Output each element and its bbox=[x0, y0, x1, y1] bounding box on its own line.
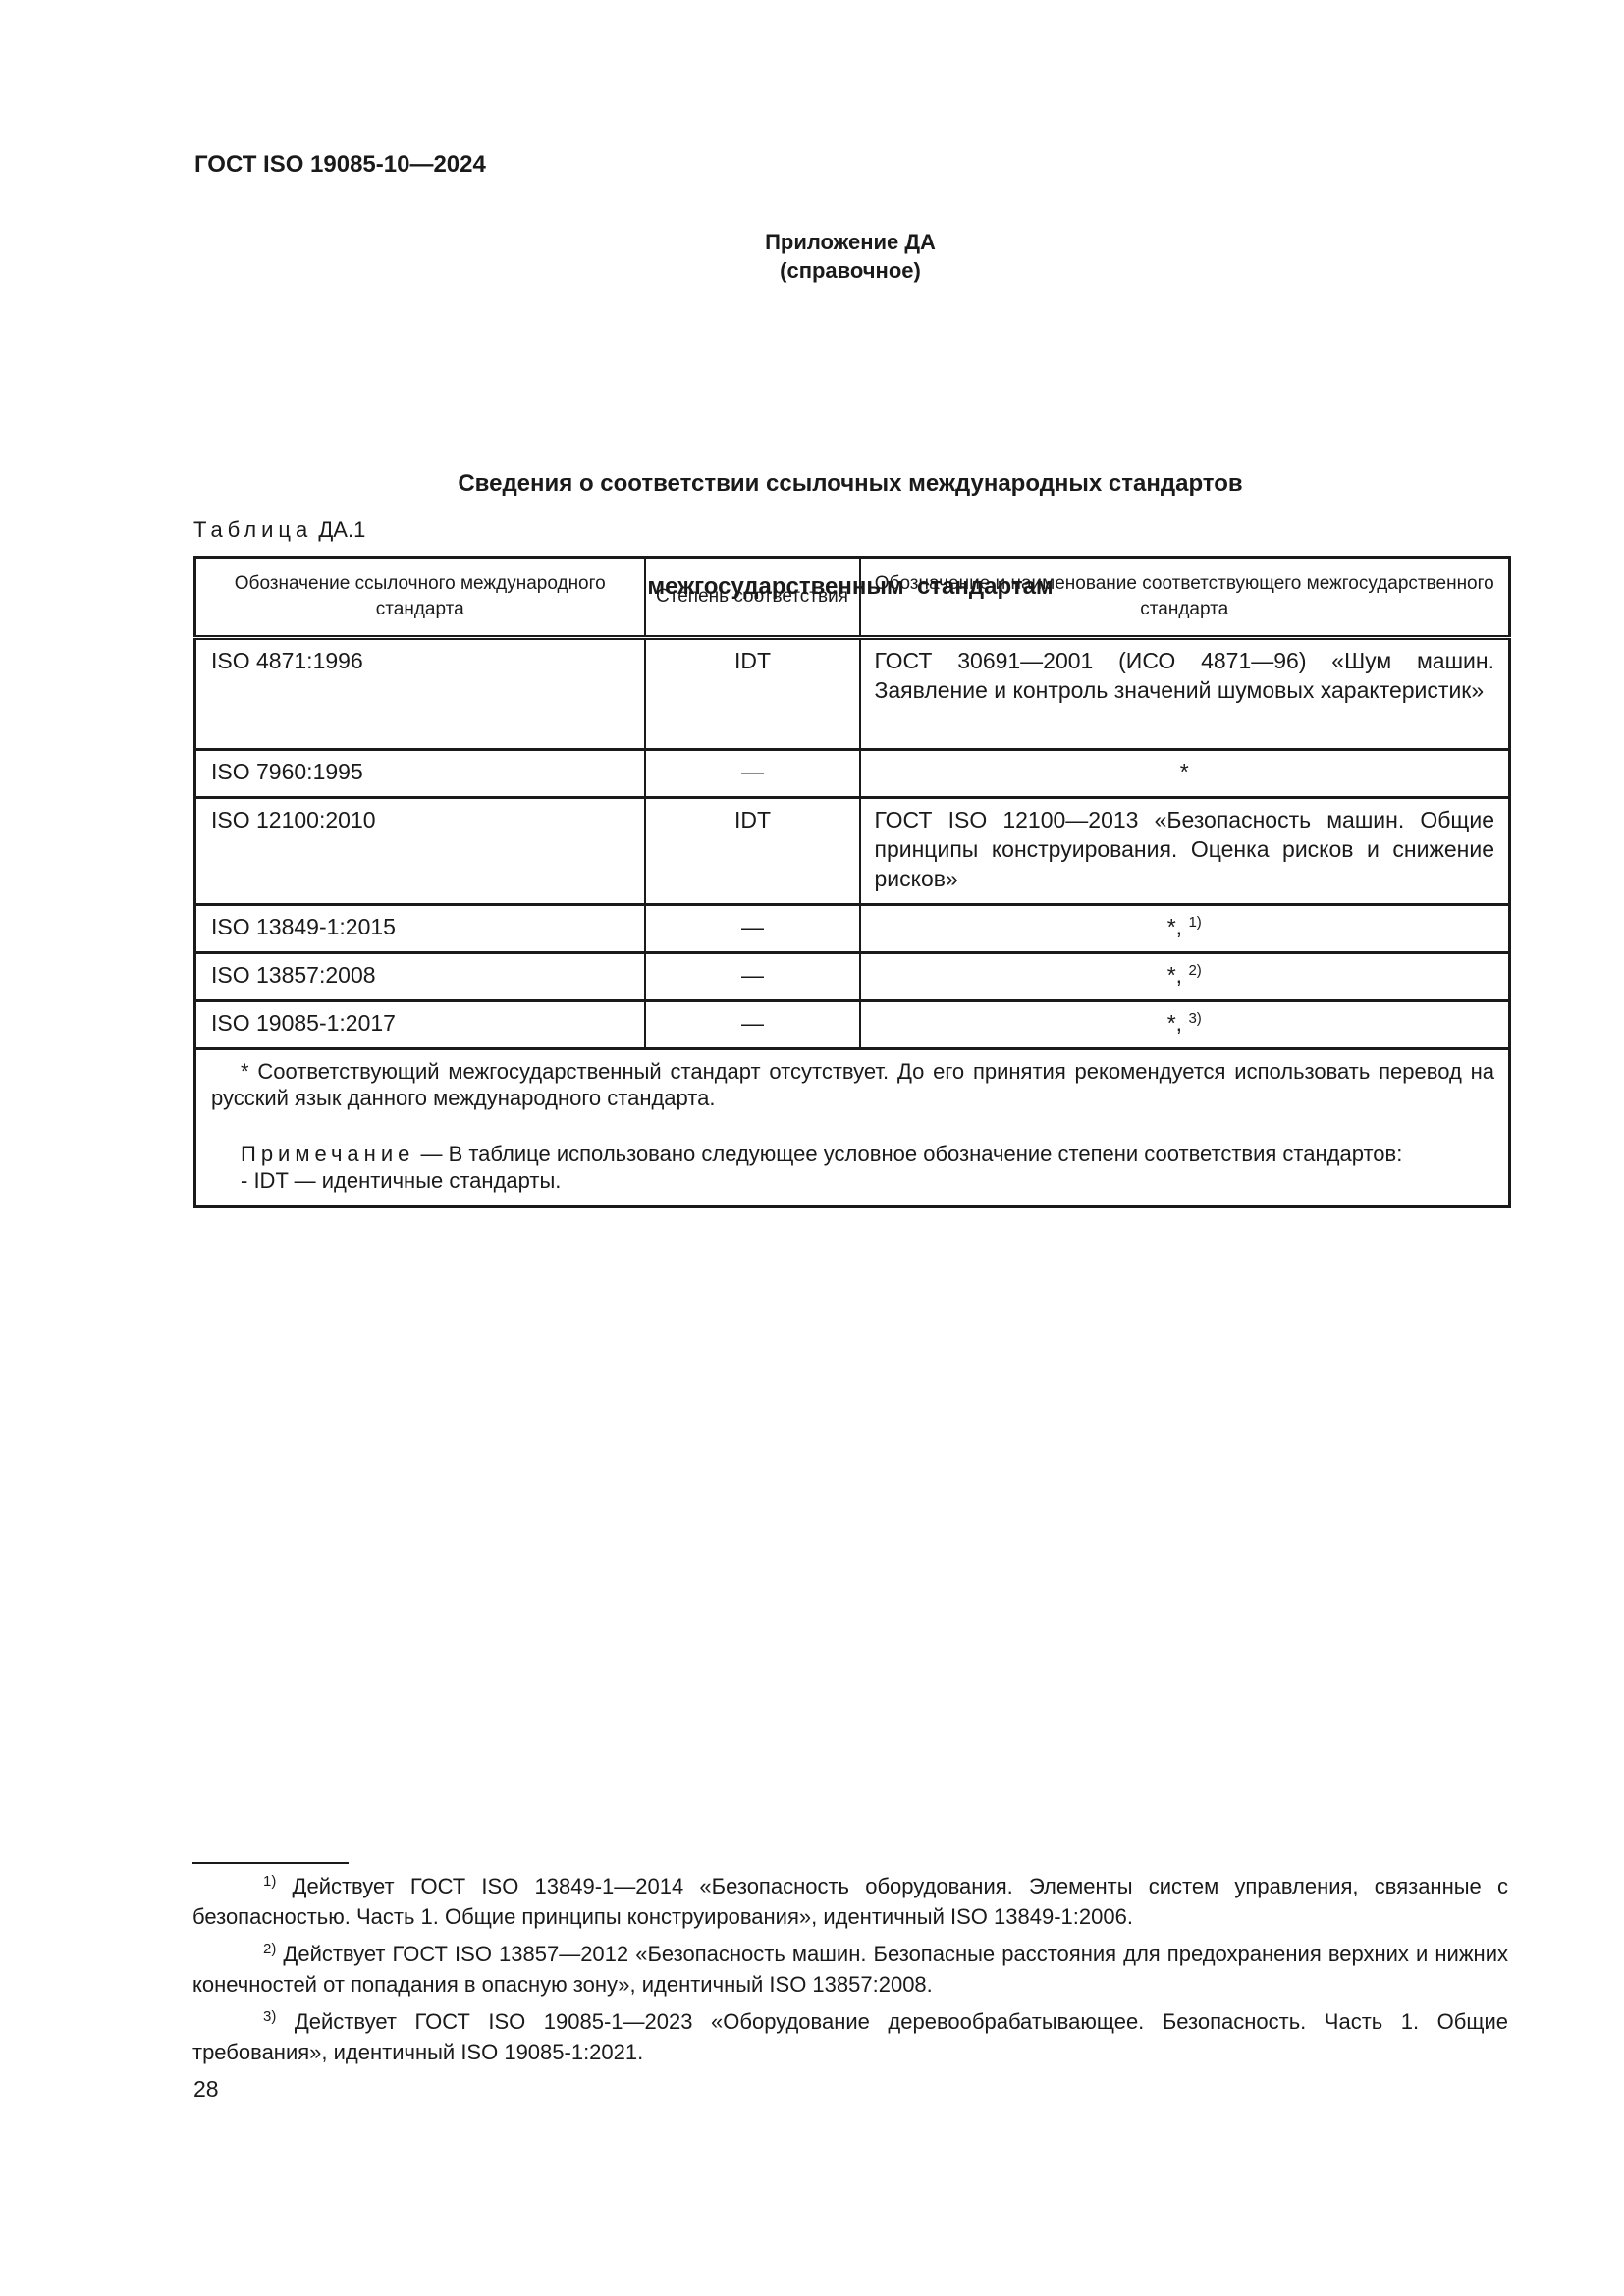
section-title-line1: Сведения о соответствии ссылочных междун… bbox=[0, 466, 1624, 501]
interstate-standard-cell: * bbox=[860, 750, 1510, 798]
intl-standard-cell: ISO 13857:2008 bbox=[195, 953, 645, 1001]
table-notes-row: * Соответствующий межгосударственный ста… bbox=[195, 1049, 1510, 1207]
note-label: Примечание bbox=[241, 1142, 414, 1166]
degree-cell: — bbox=[645, 1001, 860, 1049]
footnote-ref-1[interactable]: 1) bbox=[1188, 914, 1201, 931]
degree-cell: IDT bbox=[645, 638, 860, 750]
table-caption-id: ДА.1 bbox=[318, 517, 365, 542]
intl-standard-cell: ISO 13849-1:2015 bbox=[195, 905, 645, 953]
degree-cell: IDT bbox=[645, 798, 860, 905]
page-number: 28 bbox=[193, 2076, 219, 2103]
footnote-text: Действует ГОСТ ISO 13849-1—2014 «Безопас… bbox=[192, 1874, 1508, 1929]
column-header-intl-standard: Обозначение ссылочного международного ст… bbox=[195, 558, 645, 638]
intl-standard-cell: ISO 4871:1996 bbox=[195, 638, 645, 750]
table-caption-word: Таблица bbox=[193, 517, 312, 542]
column-header-degree: Степень соответствия bbox=[645, 558, 860, 638]
footnote-mark: 1) bbox=[263, 1873, 276, 1890]
footnote-text: Действует ГОСТ ISO 19085-1—2023 «Оборудо… bbox=[192, 2009, 1508, 2064]
table-caption: Таблица ДА.1 bbox=[193, 517, 365, 543]
footnotes: 1) Действует ГОСТ ISO 13849-1—2014 «Безо… bbox=[192, 1871, 1508, 2074]
table-notes: * Соответствующий межгосударственный ста… bbox=[195, 1049, 1510, 1207]
footnote-ref-3[interactable]: 3) bbox=[1188, 1010, 1201, 1027]
footnote-2: 2) Действует ГОСТ ISO 13857—2012 «Безопа… bbox=[192, 1939, 1508, 2000]
annex-subtitle: (справочное) bbox=[0, 256, 1624, 285]
interstate-standard-cell: ГОСТ 30691—2001 (ИСО 4871—96) «Шум машин… bbox=[860, 638, 1510, 750]
note-text: — В таблице использовано следующее услов… bbox=[414, 1142, 1402, 1166]
column-header-interstate-standard: Обозначение и наименование соответствующ… bbox=[860, 558, 1510, 638]
degree-cell: — bbox=[645, 750, 860, 798]
intl-standard-cell: ISO 19085-1:2017 bbox=[195, 1001, 645, 1049]
table-row: ISO 19085-1:2017 — *, 3) bbox=[195, 1001, 1510, 1049]
note-item: - IDT — идентичные стандарты. bbox=[211, 1167, 1494, 1194]
table-row: ISO 13857:2008 — *, 2) bbox=[195, 953, 1510, 1001]
interstate-standard-cell: *, 3) bbox=[860, 1001, 1510, 1049]
document-code: ГОСТ ISO 19085-10—2024 bbox=[194, 151, 486, 179]
footnote-mark: 2) bbox=[263, 1941, 276, 1957]
asterisk-mark: *, bbox=[1167, 1010, 1182, 1036]
table-note: Примечание — В таблице использовано след… bbox=[211, 1141, 1494, 1167]
table-row: ISO 7960:1995 — * bbox=[195, 750, 1510, 798]
footnote-ref-2[interactable]: 2) bbox=[1188, 962, 1201, 979]
asterisk-note: * Соответствующий межгосударственный ста… bbox=[211, 1058, 1494, 1111]
footnote-text: Действует ГОСТ ISO 13857—2012 «Безопасно… bbox=[192, 1942, 1508, 1997]
asterisk-mark: *, bbox=[1167, 962, 1182, 988]
asterisk-mark: *, bbox=[1167, 914, 1182, 939]
annex-heading: Приложение ДА (справочное) bbox=[0, 228, 1624, 285]
correspondence-table: Обозначение ссылочного международного ст… bbox=[193, 556, 1511, 1208]
footnote-separator bbox=[192, 1862, 349, 1864]
interstate-standard-cell: *, 2) bbox=[860, 953, 1510, 1001]
degree-cell: — bbox=[645, 905, 860, 953]
annex-title: Приложение ДА bbox=[0, 228, 1624, 256]
table-row: ISO 12100:2010 IDT ГОСТ ISO 12100—2013 «… bbox=[195, 798, 1510, 905]
interstate-standard-cell: *, 1) bbox=[860, 905, 1510, 953]
footnote-3: 3) Действует ГОСТ ISO 19085-1—2023 «Обор… bbox=[192, 2006, 1508, 2067]
degree-cell: — bbox=[645, 953, 860, 1001]
table-row: ISO 4871:1996 IDT ГОСТ 30691—2001 (ИСО 4… bbox=[195, 638, 1510, 750]
table-row: ISO 13849-1:2015 — *, 1) bbox=[195, 905, 1510, 953]
interstate-standard-cell: ГОСТ ISO 12100—2013 «Безопасность машин.… bbox=[860, 798, 1510, 905]
intl-standard-cell: ISO 12100:2010 bbox=[195, 798, 645, 905]
interstate-standard-text: ГОСТ 30691—2001 (ИСО 4871—96) «Шум машин… bbox=[875, 648, 1495, 703]
table-header-row: Обозначение ссылочного международного ст… bbox=[195, 558, 1510, 638]
footnote-1: 1) Действует ГОСТ ISO 13849-1—2014 «Безо… bbox=[192, 1871, 1508, 1932]
intl-standard-cell: ISO 7960:1995 bbox=[195, 750, 645, 798]
footnote-mark: 3) bbox=[263, 2008, 276, 2025]
